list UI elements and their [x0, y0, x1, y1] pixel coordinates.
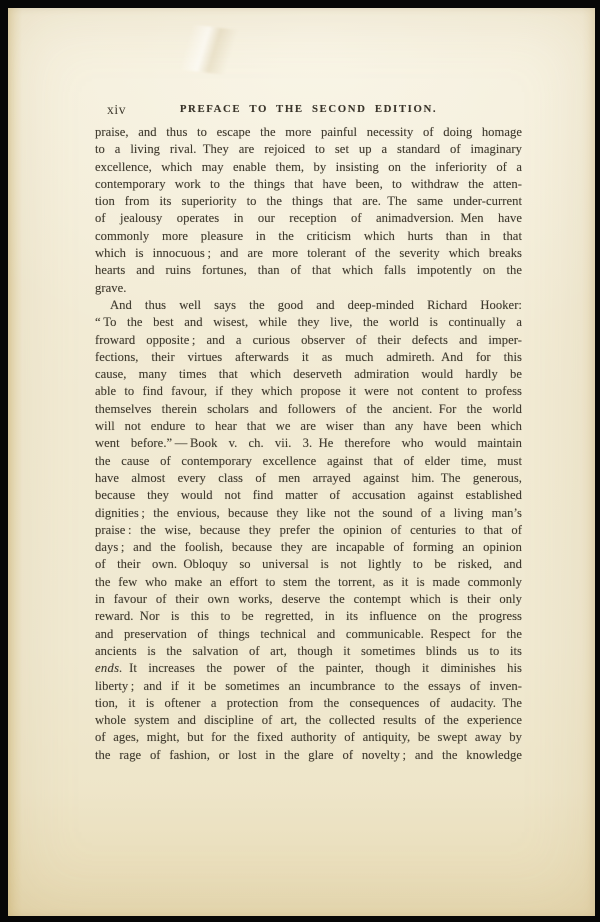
text-line: which is innocuous ; and are more tolera… — [95, 245, 522, 262]
text-line: hearts and ruins fortunes, than of that … — [95, 262, 522, 279]
text-line: of jealousy operates in our reception of… — [95, 210, 522, 227]
text-line: because they would not find matter of ac… — [95, 487, 522, 504]
text-line: will not endure to hear that we are wise… — [95, 418, 522, 435]
text-line: have almost every class of men arrayed a… — [95, 470, 522, 487]
running-title: PREFACE TO THE SECOND EDITION. — [180, 103, 437, 115]
text-line: tion, it is oftener a protection from th… — [95, 695, 522, 712]
text-line: contemporary work to the things that hav… — [95, 176, 522, 193]
book-page: xiv PREFACE TO THE SECOND EDITION. prais… — [8, 8, 595, 916]
text-line: able to find favour, if they which propo… — [95, 383, 522, 400]
italic-text: ends. — [95, 661, 123, 675]
text-line: liberty ; and if it be sometimes an incu… — [95, 678, 522, 695]
text-line: the few who make an effort to stem the t… — [95, 574, 522, 591]
text-line: themselves therein scholars and follower… — [95, 401, 522, 418]
paragraph: praise, and thus to escape the more pain… — [95, 124, 522, 297]
text-segment: It increases the power of the painter, t… — [123, 661, 522, 675]
text-line: of their own. Obloquy so universal is no… — [95, 556, 522, 573]
text-line: ends. It increases the power of the pain… — [95, 660, 522, 677]
text-line: praise, and thus to escape the more pain… — [95, 124, 522, 141]
text-line: praise : the wise, because they prefer t… — [95, 522, 522, 539]
page-body: praise, and thus to escape the more pain… — [95, 124, 522, 764]
text-line: fections, their virtues afterwards it as… — [95, 349, 522, 366]
text-line: in favour of their own works, deserve th… — [95, 591, 522, 608]
text-line: froward opposite ; and a curious observe… — [95, 332, 522, 349]
paragraph: And thus well says the good and deep-min… — [95, 297, 522, 764]
scanned-book-photo: xiv PREFACE TO THE SECOND EDITION. prais… — [0, 0, 600, 922]
page-header: xiv PREFACE TO THE SECOND EDITION. — [95, 100, 522, 118]
page-number: xiv — [107, 102, 126, 118]
text-line: of ages, might, but for the fixed author… — [95, 729, 522, 746]
text-line: the cause of contemporary excellence aga… — [95, 453, 522, 470]
text-line: excellence, which may enable them, by in… — [95, 159, 522, 176]
text-line: to a living rival. They are rejoiced to … — [95, 141, 522, 158]
text-line: went before.” — Book v. ch. vii. 3. He t… — [95, 435, 522, 452]
text-line: And thus well says the good and deep-min… — [95, 297, 522, 314]
text-line: ancients is the salvation of art, though… — [95, 643, 522, 660]
text-line: grave. — [95, 280, 522, 297]
text-line: and preservation of things technical and… — [95, 626, 522, 643]
text-line: tion from its superiority to the things … — [95, 193, 522, 210]
text-line: reward. Nor is this to be regretted, in … — [95, 608, 522, 625]
text-line: dignities ; the envious, because they li… — [95, 505, 522, 522]
text-line: days ; and the foolish, because they are… — [95, 539, 522, 556]
text-line: cause, many times that which deserveth a… — [95, 366, 522, 383]
text-line: whole system and discipline of art, the … — [95, 712, 522, 729]
text-line: “ To the best and wisest, while they liv… — [95, 314, 522, 331]
text-line: the rage of fashion, or lost in the glar… — [95, 747, 522, 764]
text-line: commonly more pleasure in the criticism … — [95, 228, 522, 245]
